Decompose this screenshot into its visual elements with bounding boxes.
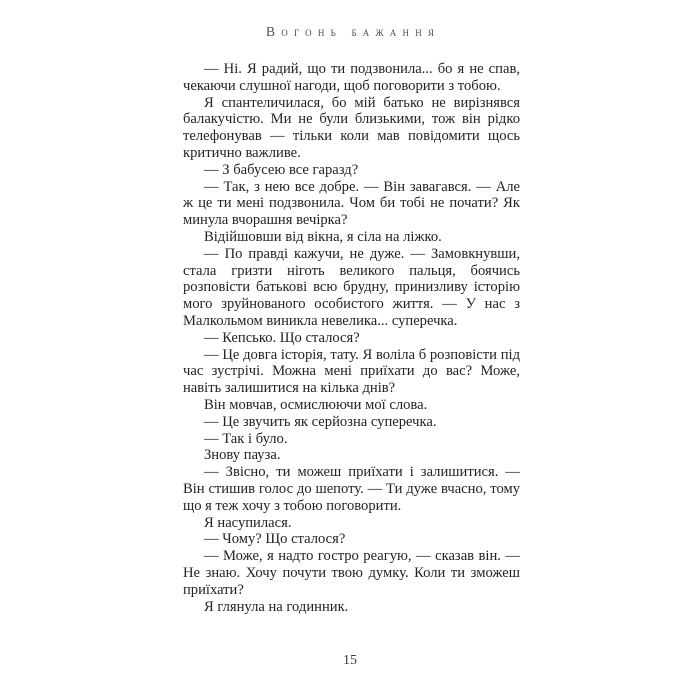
paragraph: — Звісно, ти можеш приїхати і залишитися… [183,464,520,514]
paragraph: Я насупилася. [183,515,520,532]
paragraph: Відійшовши від вікна, я сіла на ліжко. [183,229,520,246]
paragraph: — Може, я надто гостро реагую, — сказав … [183,548,520,598]
paragraph: — Це звучить як серйозна суперечка. [183,414,520,431]
paragraph: Я глянула на годинник. [183,599,520,616]
running-header-title: Вогонь бажання [0,24,700,40]
paragraph: — Це довга історія, тату. Я воліла б роз… [183,347,520,397]
paragraph: — Так, з нею все добре. — Він завагався.… [183,179,520,229]
paragraph: — Ні. Я радий, що ти подзвонила... бо я … [183,61,520,95]
paragraph: — Чому? Що сталося? [183,531,520,548]
paragraph: — По правді кажучи, не дуже. — Замовкнув… [183,246,520,330]
paragraph: — Так і було. [183,431,520,448]
paragraph: Він мовчав, осмислюючи мої слова. [183,397,520,414]
book-page: Вогонь бажання — Ні. Я радий, що ти подз… [0,0,700,700]
body-text: — Ні. Я радий, що ти подзвонила... бо я … [183,61,520,615]
page-number: 15 [0,653,700,669]
paragraph: Знову пауза. [183,447,520,464]
paragraph: — Кепсько. Що сталося? [183,330,520,347]
paragraph: — З бабусею все гаразд? [183,162,520,179]
paragraph: Я спантеличилася, бо мій батько не виріз… [183,95,520,162]
